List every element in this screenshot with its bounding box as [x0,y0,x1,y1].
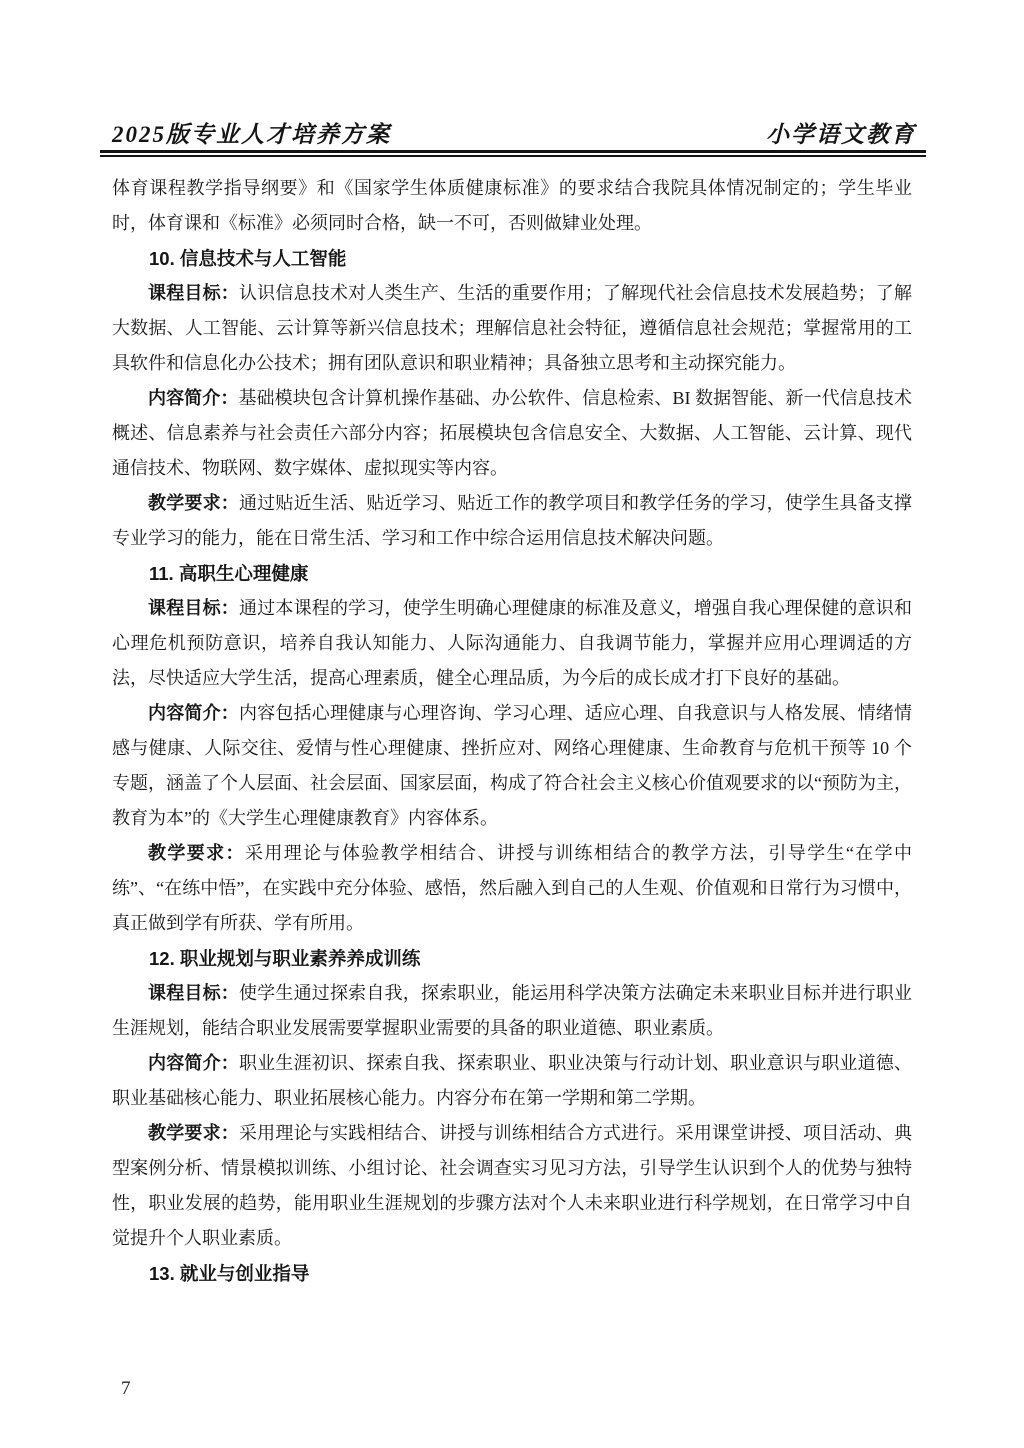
paragraph-label: 课程目标： [148,983,239,1003]
header-double-rule [100,150,926,157]
paragraph: 教学要求：采用理论与体验教学相结合、讲授与训练相结合的教学方法，引导学生“在学中… [112,836,912,941]
paragraph: 课程目标：认识信息技术对人类生产、生活的重要作用；了解现代社会信息技术发展趋势；… [112,276,912,381]
paragraph: 体育课程教学指导纲要》和《国家学生体质健康标准》的要求结合我院具体情况制定的；学… [112,171,912,241]
document-body: 体育课程教学指导纲要》和《国家学生体质健康标准》的要求结合我院具体情况制定的；学… [112,171,912,1291]
paragraph-label: 内容简介： [148,1053,239,1073]
paragraph-label: 教学要求： [148,843,245,863]
section-heading-11: 11. 高职生心理健康 [112,556,912,591]
paragraph: 内容简介：职业生涯初识、探索自我、探索职业、职业决策与行动计划、职业意识与职业道… [112,1046,912,1116]
section-heading-10: 10. 信息技术与人工智能 [112,241,912,276]
page-number: 7 [121,1378,131,1400]
paragraph: 内容简介：基础模块包含计算机操作基础、办公软件、信息检索、BI 数据智能、新一代… [112,381,912,486]
paragraph-label: 课程目标： [148,598,239,618]
header-left-title: 2025版专业人才培养方案 [112,116,391,149]
paragraph-label: 内容简介： [148,388,238,408]
page-header: 2025版专业人才培养方案 小学语文教育 [112,116,916,149]
paragraph-label: 课程目标： [148,283,239,303]
paragraph-label: 教学要求： [148,493,239,513]
paragraph: 教学要求：通过贴近生活、贴近学习、贴近工作的教学项目和教学任务的学习，使学生具备… [112,486,912,556]
paragraph: 教学要求：采用理论与实践相结合、讲授与训练相结合方式进行。采用课堂讲授、项目活动… [112,1116,912,1256]
section-heading-12: 12. 职业规划与职业素养养成训练 [112,941,912,976]
paragraph-label: 内容简介： [148,703,239,723]
document-page: 2025版专业人才培养方案 小学语文教育 体育课程教学指导纲要》和《国家学生体质… [0,0,1024,1448]
section-heading-13: 13. 就业与创业指导 [112,1256,912,1291]
header-right-title: 小学语文教育 [766,116,916,149]
paragraph: 课程目标：使学生通过探索自我，探索职业，能运用科学决策方法确定未来职业目标并进行… [112,976,912,1046]
paragraph-text: 体育课程教学指导纲要》和《国家学生体质健康标准》的要求结合我院具体情况制定的；学… [112,178,912,233]
paragraph: 内容简介：内容包括心理健康与心理咨询、学习心理、适应心理、自我意识与人格发展、情… [112,696,912,836]
paragraph: 课程目标：通过本课程的学习，使学生明确心理健康的标准及意义，增强自我心理保健的意… [112,591,912,696]
paragraph-label: 教学要求： [148,1123,239,1143]
